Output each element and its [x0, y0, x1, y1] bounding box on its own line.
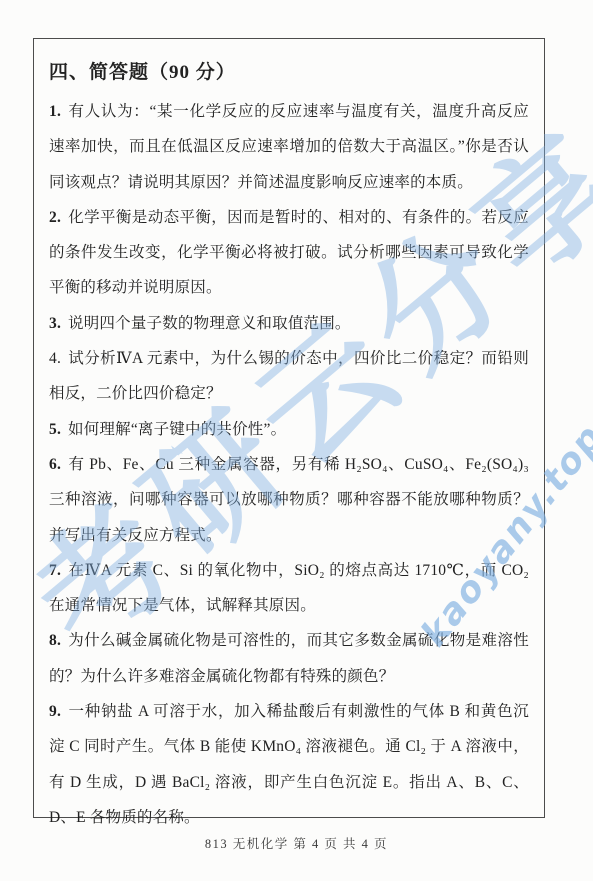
question-text: 有人认为：“某一化学反应的反应速率与温度有关，温度升高反应速率加快，而且在低温区… — [49, 103, 529, 191]
question-item: 5.如何理解“离子键中的共价性”。 — [49, 412, 529, 447]
section-title: 四、简答题（90 分） — [49, 57, 529, 84]
question-text: 为什么碱金属硫化物是可溶性的，而其它多数金属硫化物是难溶性的？为什么许多难溶金属… — [49, 632, 529, 684]
question-text: 在ⅣA 元素 C、Si 的氧化物中，SiO₂ 的熔点高达 1710℃，而 CO₂… — [49, 562, 529, 614]
exam-page-border: 四、简答题（90 分） 1.有人认为：“某一化学反应的反应速率与温度有关，温度升… — [33, 38, 545, 818]
question-text: 说明四个量子数的物理意义和取值范围。 — [68, 315, 351, 332]
question-number: 9. — [49, 703, 61, 720]
page-footer: 813 无机化学 第 4 页 共 4 页 — [0, 834, 593, 852]
question-item: 1.有人认为：“某一化学反应的反应速率与温度有关，温度升高反应速率加快，而且在低… — [49, 94, 529, 200]
question-number: 1. — [49, 103, 61, 120]
question-number: 6. — [49, 456, 61, 473]
question-number: 7. — [49, 562, 61, 579]
question-number: 8. — [49, 632, 61, 649]
question-text: 试分析ⅣA 元素中，为什么锡的价态中，四价比二价稳定？而铅则相反，二价比四价稳定… — [49, 350, 529, 402]
question-text: 化学平衡是动态平衡，因而是暂时的、相对的、有条件的。若反应的条件发生改变，化学平… — [49, 209, 529, 297]
question-text: 一种钠盐 A 可溶于水，加入稀盐酸后有刺激性的气体 B 和黄色沉淀 C 同时产生… — [49, 703, 529, 826]
question-number: 2. — [49, 209, 61, 226]
question-number: 4. — [49, 350, 61, 367]
question-text: 有 Pb、Fe、Cu 三种金属容器，另有稀 H₂SO₄、CuSO₄、Fe₂(SO… — [49, 456, 529, 544]
question-number: 5. — [49, 421, 61, 438]
question-item: 9.一种钠盐 A 可溶于水，加入稀盐酸后有刺激性的气体 B 和黄色沉淀 C 同时… — [49, 694, 529, 835]
question-item: 6.有 Pb、Fe、Cu 三种金属容器，另有稀 H₂SO₄、CuSO₄、Fe₂(… — [49, 447, 529, 553]
question-item: 8.为什么碱金属硫化物是可溶性的，而其它多数金属硫化物是难溶性的？为什么许多难溶… — [49, 623, 529, 694]
question-item: 7.在ⅣA 元素 C、Si 的氧化物中，SiO₂ 的熔点高达 1710℃，而 C… — [49, 553, 529, 624]
question-item: 4.试分析ⅣA 元素中，为什么锡的价态中，四价比二价稳定？而铅则相反，二价比四价… — [49, 341, 529, 412]
question-item: 2.化学平衡是动态平衡，因而是暂时的、相对的、有条件的。若反应的条件发生改变，化… — [49, 200, 529, 306]
question-item: 3.说明四个量子数的物理意义和取值范围。 — [49, 306, 529, 341]
question-number: 3. — [49, 315, 61, 332]
question-text: 如何理解“离子键中的共价性”。 — [68, 421, 286, 438]
